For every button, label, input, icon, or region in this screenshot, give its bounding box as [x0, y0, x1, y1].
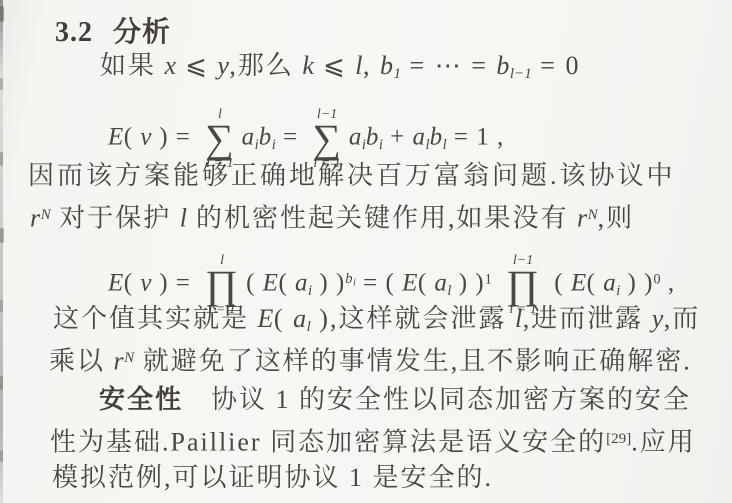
body-line-conditions: 如果 x ⩽ y,那么 k ⩽ l, b1 = ⋯ = bl−1 = 0	[100, 48, 580, 92]
body-line-multiply: 乘以 rN 就避免了这样的事情发生,且不影响正确解密.	[49, 340, 692, 380]
scan-artifact	[0, 376, 3, 390]
scan-artifact	[0, 300, 3, 312]
section-title: 分析	[113, 16, 171, 47]
body-line-rn-role: rN 对于保护 l 的机密性起关键作用,如果没有 rN,则	[30, 197, 634, 237]
body-line-paillier: 性为基础.Paillier 同态加密算法是语义安全的[29].应用	[50, 421, 696, 461]
scan-artifact	[0, 450, 3, 462]
body-line-leak: 这个值其实就是 E( al ),这样就会泄露 l,进而泄露 y,而	[53, 301, 700, 345]
scanned-paper-page: 3.2分析 如果 x ⩽ y,那么 k ⩽ l, b1 = ⋯ = bl−1 =…	[0, 0, 732, 503]
section-number: 3.2	[55, 17, 93, 48]
body-line-conclusion: 因而该方案能够正确地解决百万富翁问题.该协议中	[28, 158, 676, 194]
scan-artifact	[0, 6, 4, 22]
body-line-security-heading: 安全性 协议 1 的安全性以同态加密方案的安全	[99, 381, 691, 418]
scan-edge-shadow	[0, 0, 3, 503]
section-heading: 3.2分析	[55, 10, 171, 50]
scan-artifact	[0, 78, 3, 90]
scan-artifact	[0, 228, 4, 243]
body-line-simulation: 模拟范例,可以证明协议 1 是安全的.	[52, 460, 493, 496]
scan-artifact	[0, 152, 3, 166]
